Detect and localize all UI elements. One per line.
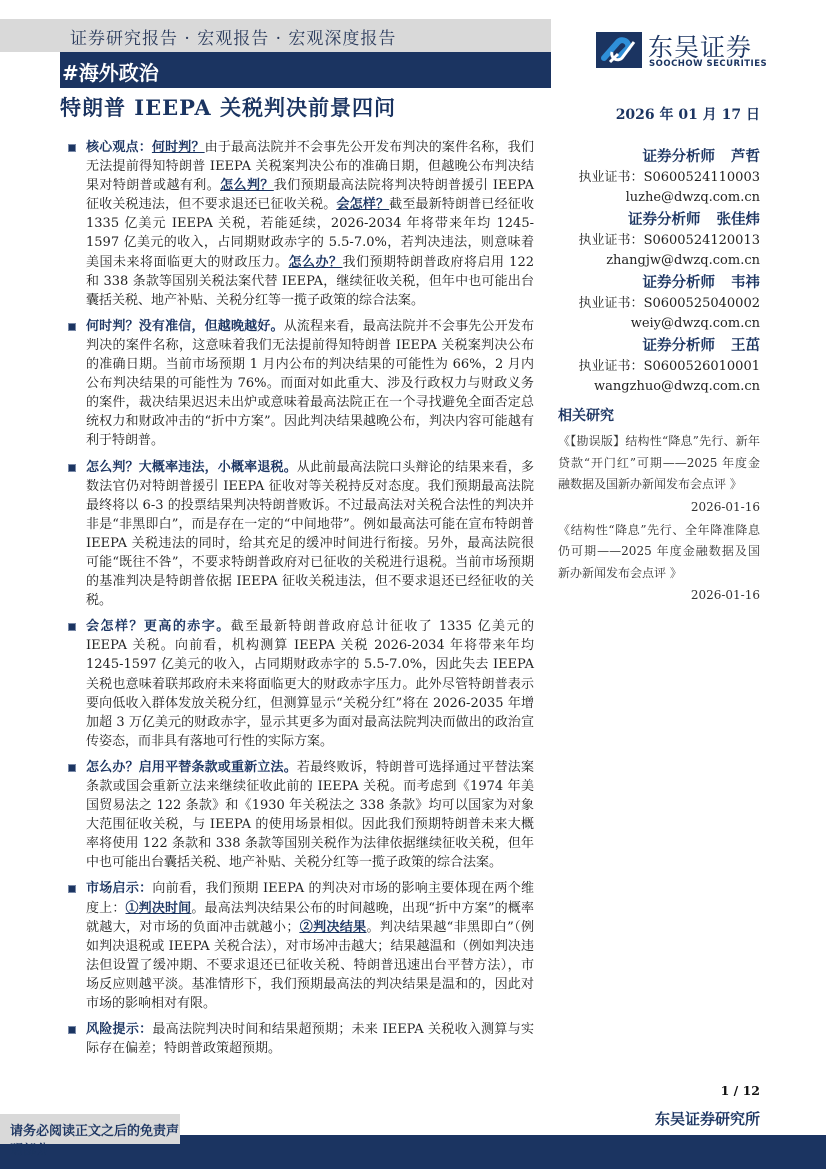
cert-number: S0600524110003 — [644, 170, 760, 185]
paragraph-text: 从此前最高法院口头辩论的结果来看，多数法官仍对特朗普援引 IEEPA 征收对等关… — [86, 460, 534, 609]
paragraph-lead: 风险提示： — [86, 1022, 152, 1037]
square-bullet-icon — [68, 144, 76, 152]
paragraph-lead: 怎么办？启用平替条款或重新立法。 — [86, 760, 297, 775]
question-how: 怎么判？ — [220, 178, 274, 193]
analyst-email[interactable]: weiy@dwzq.com.cn — [520, 314, 760, 334]
dimension-outcome: ②判决结果 — [299, 920, 366, 935]
analyst-role: 证券分析师 — [643, 337, 716, 354]
square-bullet-icon — [68, 323, 76, 331]
disclaimer-bar: 请务必阅读正文之后的免责声明部分 — [0, 1114, 180, 1144]
analyst-role: 证券分析师 — [628, 211, 701, 228]
related-research: 相关研究 《【勘误版】结构性“降息”先行、新年贷款“开门红”可期——2025 年… — [558, 405, 760, 608]
cert-number: S0600524120013 — [644, 233, 760, 248]
report-body: 核心观点：何时判？由于最高法院并不会事先公开发布判决的案件名称，我们无法提前得知… — [66, 138, 534, 1065]
how-paragraph: 怎么判？大概率违法，小概率退税。从此前最高法院口头辩论的结果来看，多数法官仍对特… — [66, 458, 534, 611]
paragraph-text: 若最终败诉，特朗普可选择通过平替法案条款或国会重新立法来继续征收此前的 IEEP… — [86, 760, 534, 870]
paragraph-lead: 核心观点： — [86, 140, 152, 155]
question-what: 会怎样？ — [336, 197, 389, 212]
analyst-list: 证券分析师芦哲 执业证书：S0600524110003 luzhe@dwzq.c… — [520, 146, 760, 398]
analyst-email[interactable]: zhangjw@dwzq.com.cn — [520, 251, 760, 271]
market-paragraph: 市场启示：向前看，我们预期 IEEPA 的判决对市场的影响主要体现在两个维度上：… — [66, 879, 534, 1013]
report-category-bar: 证券研究报告 · 宏观报告 · 宏观深度报告 — [0, 19, 551, 52]
analyst-card: 证券分析师芦哲 执业证书：S0600524110003 luzhe@dwzq.c… — [520, 146, 760, 208]
related-heading: 相关研究 — [558, 405, 760, 425]
analyst-role: 证券分析师 — [643, 148, 716, 165]
page-title: 特朗普 IEEPA 关税判决前景四问 — [60, 92, 396, 122]
analyst-name: 张佳炜 — [717, 211, 761, 228]
paragraph-lead: 市场启示： — [86, 881, 152, 896]
related-item-date: 2026-01-16 — [558, 584, 760, 606]
paragraph-lead: 怎么判？大概率违法，小概率退税。 — [86, 460, 297, 475]
soochow-logo-icon — [596, 32, 642, 68]
related-item-date: 2026-01-16 — [558, 496, 760, 518]
square-bullet-icon — [68, 464, 76, 472]
page-number: 1 / 12 — [721, 1083, 760, 1098]
disclaimer-text[interactable]: 请务必阅读正文之后的免责声明部分 — [10, 1120, 180, 1158]
paragraph-text: 截至最新特朗普政府总计征收了 1335 亿美元的 IEEPA 关税。向前看，机构… — [86, 619, 534, 749]
question-todo: 怎么办？ — [289, 255, 343, 270]
related-item-title[interactable]: 《【勘误版】结构性“降息”先行、新年贷款“开门红”可期——2025 年度金融数据… — [558, 431, 760, 496]
dimension-timing: ①判决时间 — [126, 901, 192, 916]
paragraph-text: 最高法院判决时间和结果超预期；未来 IEEPA 关税收入测算与实际存在偏差；特朗… — [86, 1022, 534, 1056]
cert-number: S0600526010001 — [644, 359, 760, 374]
analyst-name: 王茁 — [731, 337, 760, 354]
cert-label: 执业证书： — [579, 296, 644, 311]
company-logo: 东吴证券 SOOCHOW SECURITIES — [596, 30, 776, 70]
report-category: 证券研究报告 · 宏观报告 · 宏观深度报告 — [70, 24, 396, 49]
square-bullet-icon — [68, 623, 76, 631]
cert-label: 执业证书： — [579, 170, 644, 185]
analyst-name: 韦祎 — [731, 274, 760, 291]
square-bullet-icon — [68, 1026, 76, 1034]
paragraph-text: 从流程来看，最高法院并不会事先公开发布判决的案件名称，这意味着我们无法提前得知特… — [86, 319, 534, 449]
analyst-email[interactable]: wangzhuo@dwzq.com.cn — [520, 377, 760, 397]
square-bullet-icon — [68, 885, 76, 893]
paragraph-lead: 何时判？没有准信，但越晚越好。 — [86, 319, 284, 334]
square-bullet-icon — [68, 764, 76, 772]
analyst-card: 证券分析师张佳炜 执业证书：S0600524120013 zhangjw@dwz… — [520, 209, 760, 271]
analyst-card: 证券分析师王茁 执业证书：S0600526010001 wangzhuo@dwz… — [520, 335, 760, 397]
what-paragraph: 会怎样？更高的赤字。截至最新特朗普政府总计征收了 1335 亿美元的 IEEPA… — [66, 617, 534, 751]
when-paragraph: 何时判？没有准信，但越晚越好。从流程来看，最高法院并不会事先公开发布判决的案件名… — [66, 317, 534, 451]
paragraph-lead: 会怎样？更高的赤字。 — [86, 619, 231, 634]
report-date: 2026 年 01 月 17 日 — [616, 104, 760, 124]
analyst-role: 证券分析师 — [643, 274, 716, 291]
analyst-email[interactable]: luzhe@dwzq.com.cn — [520, 188, 760, 208]
cert-label: 执业证书： — [579, 359, 644, 374]
logo-text-en: SOOCHOW SECURITIES — [649, 59, 767, 69]
analyst-card: 证券分析师韦祎 执业证书：S0600525040002 weiy@dwzq.co… — [520, 272, 760, 334]
risk-paragraph: 风险提示：最高法院判决时间和结果超预期；未来 IEEPA 关税收入测算与实际存在… — [66, 1020, 534, 1058]
cert-number: S0600525040002 — [644, 296, 760, 311]
cert-label: 执业证书： — [579, 233, 644, 248]
todo-paragraph: 怎么办？启用平替条款或重新立法。若最终败诉，特朗普可选择通过平替法案条款或国会重… — [66, 758, 534, 873]
core-view-paragraph: 核心观点：何时判？由于最高法院并不会事先公开发布判决的案件名称，我们无法提前得知… — [66, 138, 534, 310]
analyst-name: 芦哲 — [731, 148, 760, 165]
report-tag: #海外政治 — [62, 57, 159, 86]
question-when: 何时判？ — [152, 140, 205, 155]
footer-firm: 东吴证券研究所 — [655, 1108, 760, 1129]
related-item-title[interactable]: 《结构性“降息”先行、全年降准降息仍可期——2025 年度金融数据及国新办新闻发… — [558, 520, 760, 585]
report-tag-bar: #海外政治 — [60, 52, 551, 88]
